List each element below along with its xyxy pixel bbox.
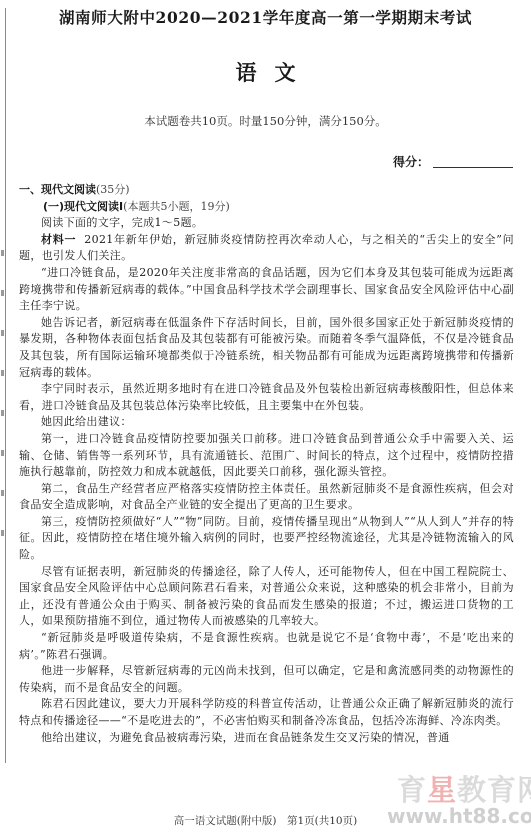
paragraph: 材料一2021年新年伊始，新冠肺炎疫情防控再次牵动人心，与之相关的“舌尖上的安全…	[19, 232, 514, 265]
binding-margin-mark	[1, 370, 4, 376]
binding-margin-mark	[1, 450, 4, 456]
section-points: (35分)	[96, 183, 130, 196]
subsection-heading: (一)现代文阅读Ⅰ(本题共5小题，19分)	[19, 199, 514, 216]
section-title: 一、现代文阅读	[19, 183, 96, 196]
material-label: 材料一	[41, 233, 76, 246]
paragraph: 他给出建议，为避免食品被病毒污染，进而在食品链条发生交叉污染的情况，普通	[19, 730, 514, 747]
paragraph: 她因此给出建议：	[19, 414, 514, 431]
paragraph: 李宁同时表示，虽然近期多地时有在进口冷链食品及外包装检出新冠病毒核酸阳性，但总体…	[19, 381, 514, 414]
paragraph: “新冠肺炎是呼吸道传染病，不是食源性疾病。也就是说它不是‘食物中毒’，不是‘吃出…	[19, 630, 514, 663]
binding-margin-mark	[1, 330, 4, 336]
paragraph: 第三，疫情防控须做好“人”“物”同防。目前，疫情传播呈现出“从物到人”“从人到人…	[19, 514, 514, 564]
binding-margin-mark	[1, 490, 4, 496]
score-blank[interactable]	[433, 167, 513, 168]
paragraph: 她告诉记者，新冠病毒在低温条件下存活时间长，目前，国外很多国家正处于新冠肺炎疫情…	[19, 315, 514, 381]
binding-margin-mark	[1, 410, 4, 416]
paragraph: 他进一步解释，尽管新冠病毒的元凶尚未找到，但可以确定，它是和禽流感同类的动物源性…	[19, 663, 514, 696]
binding-margin-mark	[1, 530, 4, 536]
paragraph: 第一，进口冷链食品疫情防控要加强关口前移。进口冷链食品到普通公众手中需要入关、运…	[19, 431, 514, 481]
paragraph: 尽管有证据表明，新冠肺炎的传播途径，除了人传人，还可能物传人，但在中国工程院院士…	[19, 564, 514, 630]
subsection-points: (本题共5小题，19分)	[123, 200, 230, 213]
instruction: 阅读下面的文字，完成1～5题。	[19, 215, 514, 232]
score-field: 得分：	[393, 153, 513, 170]
paragraph: 陈君石因此建议，要大力开展科学防疫的科普宣传活动，让普通公众正确了解新冠肺炎的流…	[19, 696, 514, 729]
exam-info: 本试题卷共10页。时量150分钟，满分150分。	[0, 113, 531, 129]
score-label: 得分：	[393, 155, 429, 169]
page-footer: 高一语文试题(附中版) 第1页(共10页)	[0, 813, 531, 828]
subject-title: 语文	[0, 57, 531, 87]
section-heading: 一、现代文阅读(35分)	[19, 182, 514, 199]
binding-margin-mark	[1, 250, 4, 256]
paragraph: “进口冷链食品，是2020年关注度非常高的食品话题，因为它们本身及其包装可能成为…	[19, 265, 514, 315]
exam-title: 湖南师大附中2020—2021学年度高一第一学期期末考试	[0, 6, 531, 28]
subsection-title: (一)现代文阅读Ⅰ	[43, 200, 123, 213]
watermark-logo-text: 育星教育网	[397, 775, 531, 805]
document-body: 一、现代文阅读(35分) (一)现代文阅读Ⅰ(本题共5小题，19分) 阅读下面的…	[19, 182, 514, 746]
binding-margin-mark	[1, 290, 4, 296]
paragraph: 第二，食品生产经营者应严格落实疫情防控主体责任。虽然新冠肺炎不是食源性疾病，但会…	[19, 481, 514, 514]
